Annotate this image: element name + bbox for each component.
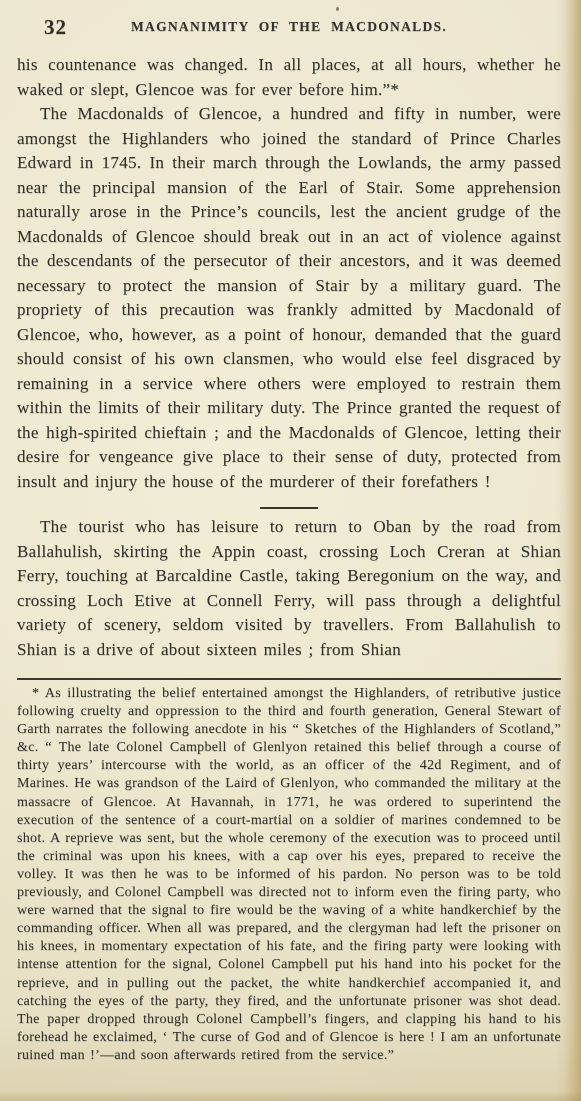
page-header: 32 MAGNANIMITY OF THE MACDONALDS. <box>17 15 561 43</box>
body-paragraph-tourist-route: The tourist who has leisure to return to… <box>17 515 561 662</box>
page-body: his countenance was changed. In all plac… <box>17 53 561 1065</box>
body-paragraph-continuation: his countenance was changed. In all plac… <box>17 53 561 102</box>
paper-speck <box>336 7 339 11</box>
body-paragraph-macdonalds-1745: The Macdonalds of Glencoe, a hundred and… <box>17 102 561 494</box>
page-bottom-shadow <box>0 1091 581 1101</box>
book-page: 32 MAGNANIMITY OF THE MACDONALDS. his co… <box>0 0 581 1101</box>
running-header: MAGNANIMITY OF THE MACDONALDS. <box>17 19 561 35</box>
footnote-separator-rule <box>17 678 561 680</box>
section-divider-rule <box>260 507 318 509</box>
footnote-text: * As illustrating the belief entertained… <box>17 685 561 1065</box>
